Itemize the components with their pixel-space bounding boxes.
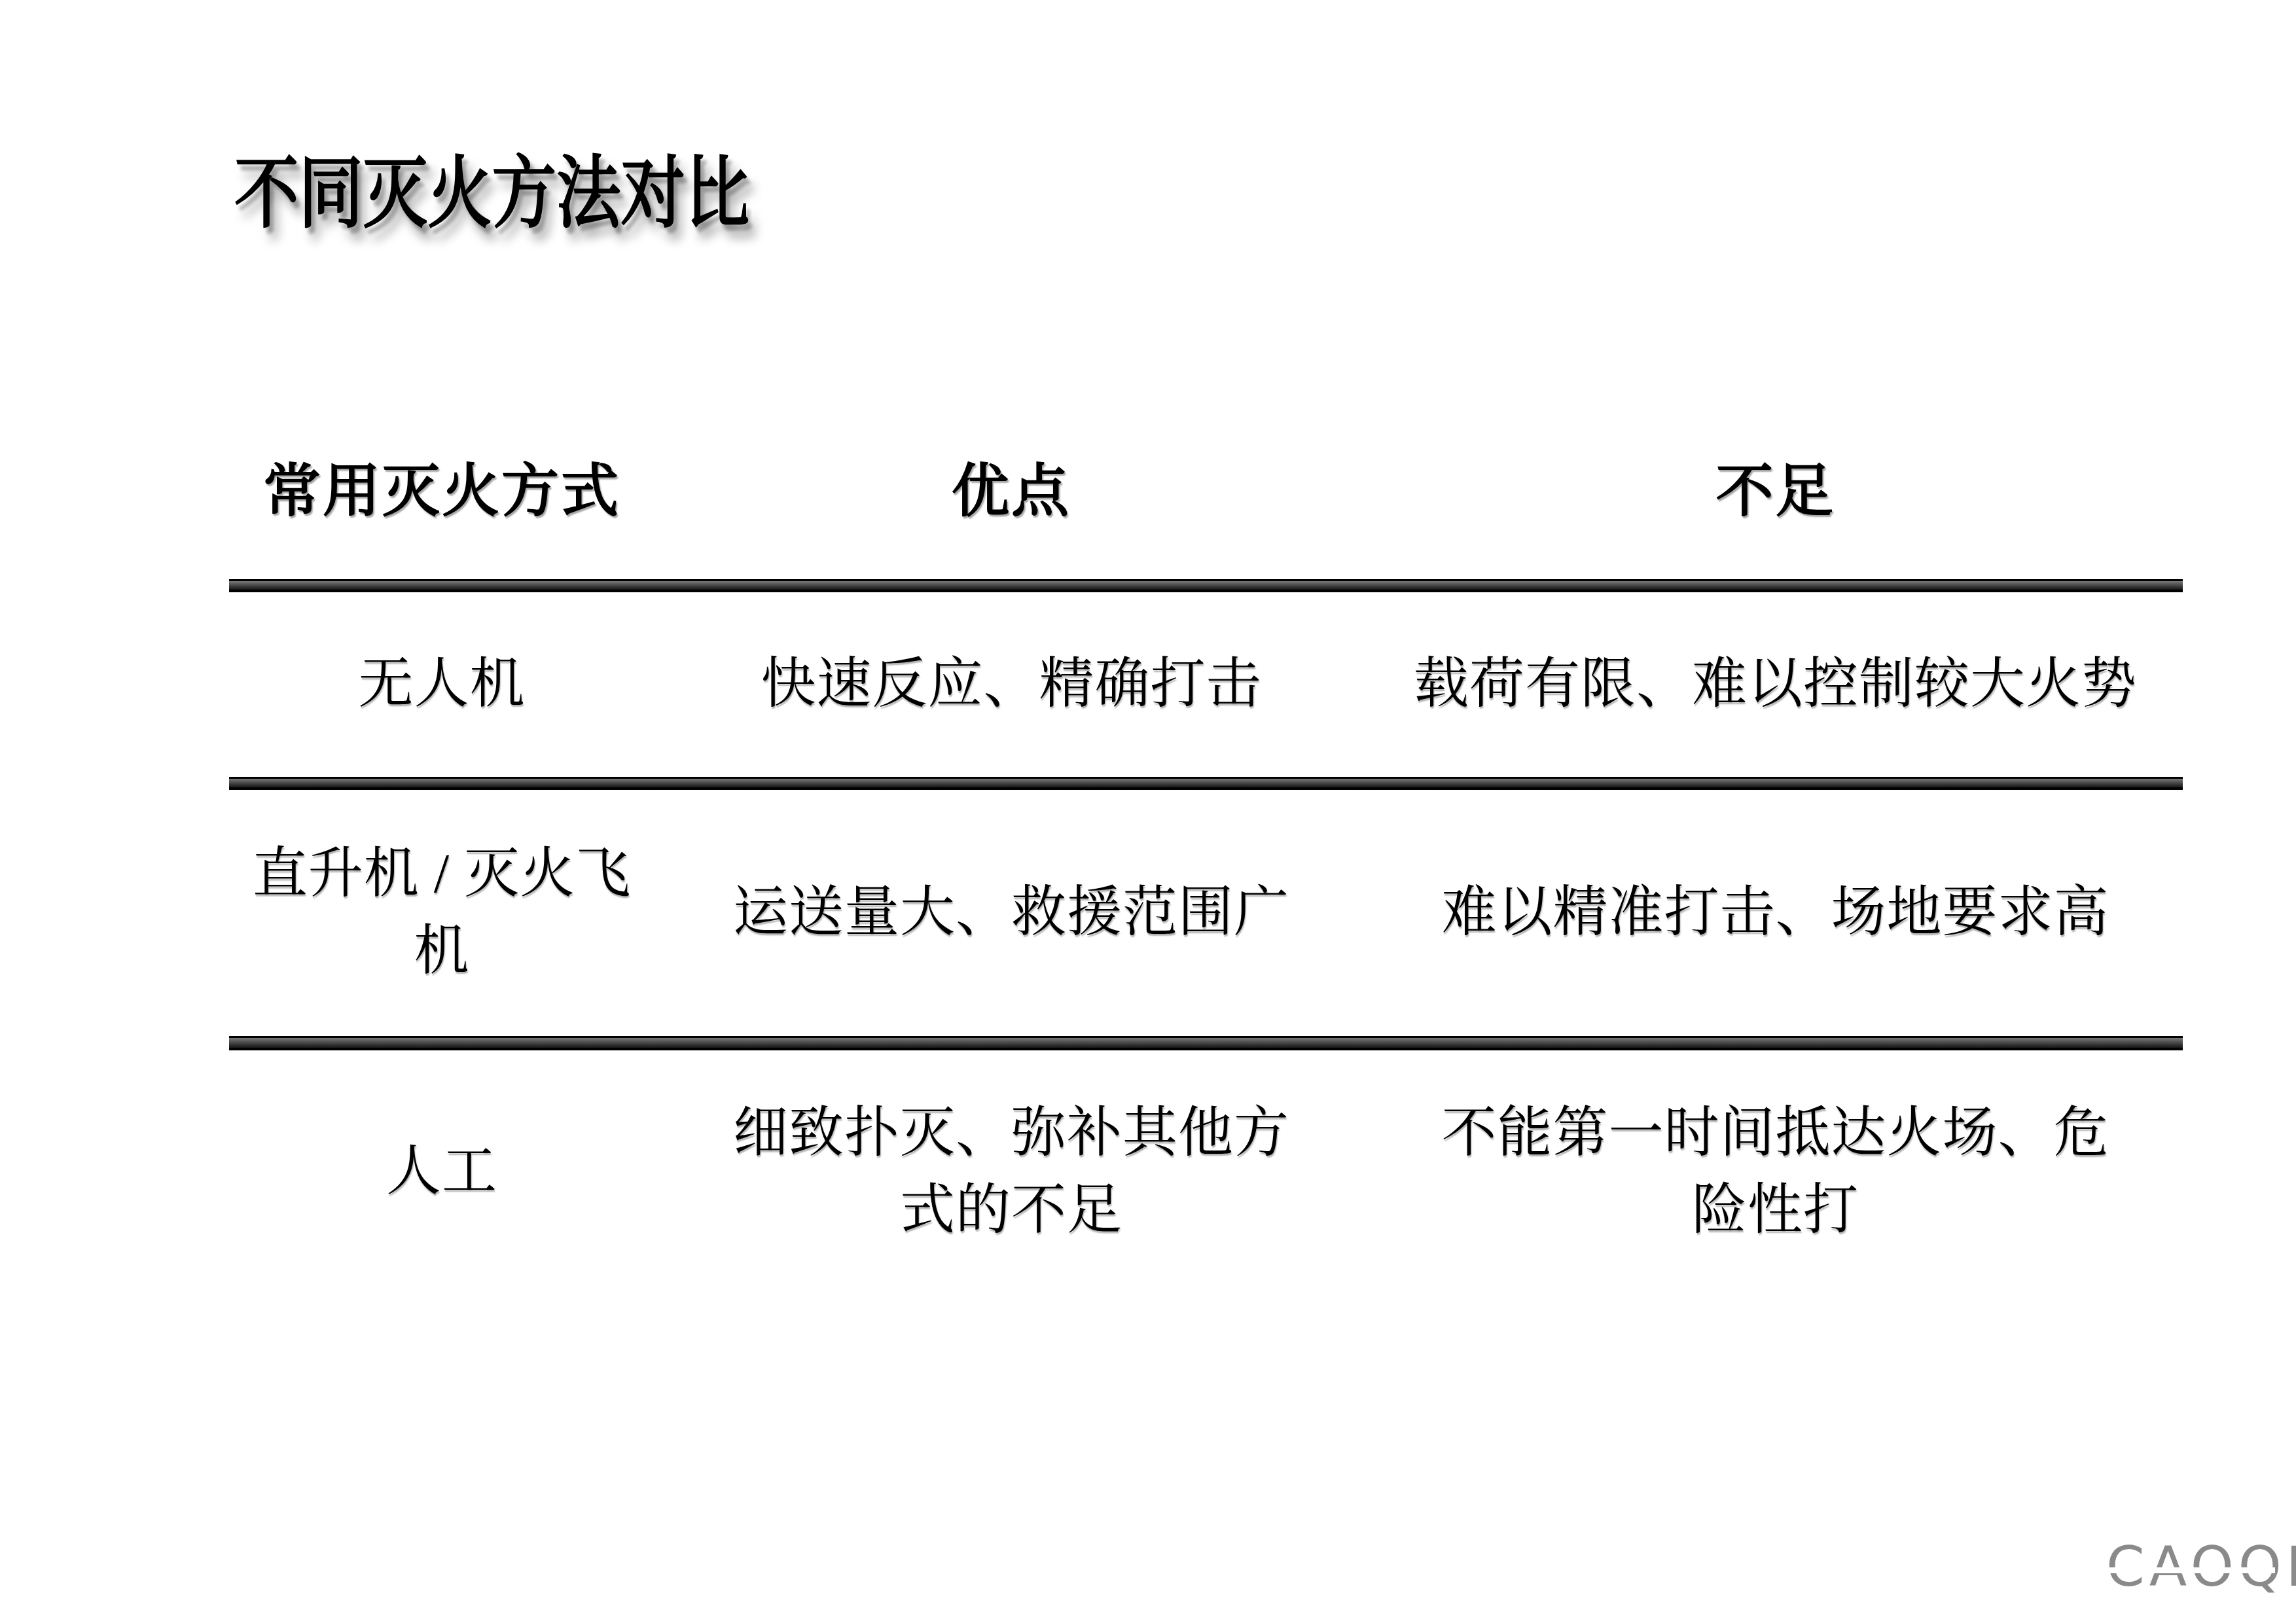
- column-header-disadvantages-label: 不足: [1715, 445, 1835, 527]
- table-row1-disadvantages-cell: 载荷有限、难以控制较大火势: [1368, 592, 2183, 777]
- table-row3-method-text: 人工: [386, 1133, 497, 1211]
- table-row3-advantages-text: 细致扑灭、弥补其他方 式的不足: [733, 1095, 1289, 1249]
- table-row1-method-text: 无人机: [358, 646, 525, 723]
- table-row3-advantages-cell: 细致扑灭、弥补其他方 式的不足: [655, 1050, 1368, 1294]
- table-row2-disadvantages-cell: 难以精准打击、场地要求高: [1368, 790, 2183, 1036]
- page-title: 不同灭火方法对比: [234, 147, 749, 241]
- divider-bar-row2: [229, 1036, 2183, 1050]
- table-row1-advantages-cell: 快速反应、精确打击: [655, 592, 1368, 777]
- table-row2-disadvantages-text: 难以精准打击、场地要求高: [1441, 874, 2109, 952]
- table-row2-advantages-cell: 运送量大、救援范围广: [655, 790, 1368, 1036]
- table-row3-disadvantages-text: 不能第一时间抵达火场、危 险性打: [1441, 1095, 2109, 1249]
- table-row2-advantages-text: 运送量大、救援范围广: [733, 874, 1289, 952]
- divider-bar-header: [229, 579, 2183, 592]
- table-row1-disadvantages-text: 载荷有限、难以控制较大火势: [1414, 646, 2137, 723]
- table-row2-method-text: 直升机 / 灭火飞 机: [253, 836, 631, 990]
- column-header-method-label: 常用灭火方式: [263, 445, 620, 527]
- column-header-advantages: 优点: [655, 445, 1368, 579]
- table-row3-method-cell: 人工: [229, 1050, 655, 1294]
- table-row1-advantages-text: 快速反应、精确打击: [761, 646, 1261, 723]
- caoqi-logo-text: CAOQI: [2106, 1535, 2296, 1599]
- table-row2-method-cell: 直升机 / 灭火飞 机: [229, 790, 655, 1036]
- table-row1-method-cell: 无人机: [229, 592, 655, 777]
- column-header-disadvantages: 不足: [1368, 445, 2183, 579]
- caoqi-logo: CAOQI: [2106, 1539, 2271, 1598]
- table-row3-disadvantages-cell: 不能第一时间抵达火场、危 险性打: [1368, 1050, 2183, 1294]
- caoqi-logo-slit: [2102, 1567, 2275, 1573]
- column-header-advantages-label: 优点: [952, 445, 1071, 527]
- column-header-method: 常用灭火方式: [229, 445, 655, 579]
- comparison-table: 常用灭火方式 优点 不足 无人机 快速反应、精确打击 载荷有限、难以控制较大火势…: [229, 445, 2183, 1294]
- divider-bar-row1: [229, 777, 2183, 790]
